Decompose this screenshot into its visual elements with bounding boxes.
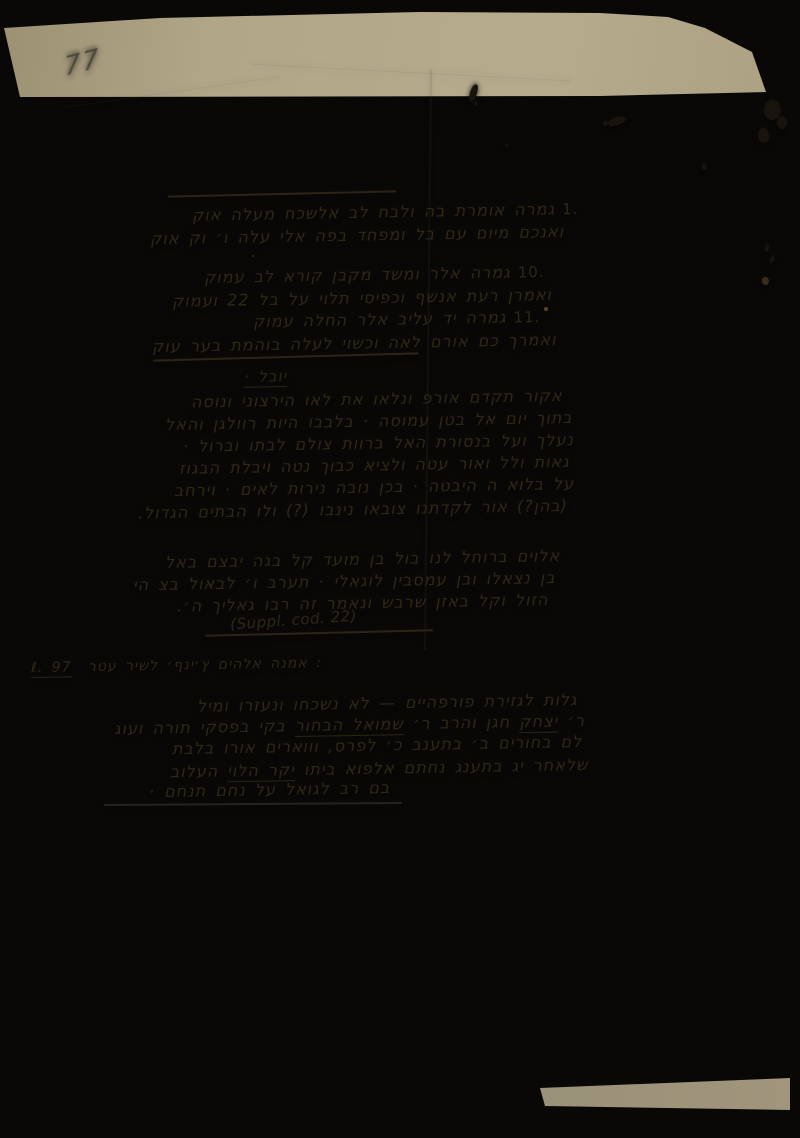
ink-speck: [769, 256, 775, 264]
ink-rule-top: [168, 190, 396, 197]
line-segment: חגן והרב ר׳: [404, 712, 520, 733]
ink-blot: [474, 101, 477, 106]
line-segment: ר׳: [558, 711, 585, 730]
diagonal-crease: [61, 77, 279, 109]
paper-stain-speck: [252, 255, 254, 257]
entry-number: 10.: [518, 263, 545, 281]
diagonal-crease: [250, 64, 570, 82]
handwritten-line: (בהן?) אור לקדתנו צובאו נינבו (?) ולו הב…: [138, 496, 568, 523]
entry-text: גמרה אלר ומשד מקבן קורא לב עמוק: [204, 263, 511, 287]
section-heading-with-ref: : אמנה אלהים ץ׳ינף׳ לשיר עטר ℓ. 97: [31, 655, 322, 676]
underlined-name: שמואל הבחור: [295, 714, 404, 737]
entry-text: גמרה יד עליב אלר החלה עמוק: [253, 308, 507, 331]
folio-number-pencil: 77: [63, 43, 101, 82]
manuscript-page: 77 1.גמרה אומרת בה ולבח לב אלשכח מעלה או…: [0, 0, 800, 1138]
ink-blot: [607, 114, 627, 127]
heading-text: : אמנה אלהים ץ׳ינף׳ לשיר עטר: [88, 655, 322, 675]
entry-text: גמרה אומרת בה ולבח לב אלשכח מעלה אוק: [191, 199, 554, 224]
ink-blot: [777, 116, 787, 129]
entry-number: 1.: [562, 200, 579, 218]
entry-number: 11.: [513, 308, 540, 326]
handwritten-line: ואמרך כם אורם לאה וכשוי לעלה בוהמת בער ע…: [151, 330, 556, 356]
reference-number: ℓ. 97: [31, 659, 72, 678]
ink-blot: [757, 127, 770, 144]
line-segment: העלוב: [169, 761, 227, 781]
handwritten-line: 11.גמרה יד עליב אלר החלה עמוק: [253, 307, 541, 331]
handwritten-line: אקור תקדם אורפ ונלאו את לאו הירצוני ונוס…: [190, 386, 562, 411]
ink-blot: [702, 163, 707, 170]
ink-speck: [505, 144, 508, 147]
handwritten-line: גאות ולל ואור עטה ולציא כבוך נטה ויבלת ה…: [179, 452, 570, 478]
handwritten-line: 1.גמרה אומרת בה ולבח לב אלשכח מעלה אוק: [191, 199, 578, 225]
handwritten-line: הזול וקל באזן שרבש ונאמר זה רבו גאליך ה׳…: [176, 590, 548, 615]
line-segment: בקי בפסקי תורה ועוג: [114, 716, 295, 738]
scanner-background: 77 1.גמרה אומרת בה ולבח לב אלשכח מעלה או…: [0, 0, 800, 1138]
line-segment: שלאחר יג בתענג נחתם אלפוא ביתו: [294, 755, 588, 779]
ink-blot: [603, 121, 608, 126]
underlined-name: יצחק: [519, 711, 558, 733]
ink-speck: [764, 244, 770, 253]
handwritten-line: 10.גמרה אלר ומשד מקבן קורא לב עמוק: [204, 262, 545, 287]
paper-stain-speck: [544, 307, 548, 311]
horizontal-fold-line: [104, 802, 402, 806]
section-heading-underlined: יובל ·: [244, 367, 288, 388]
handwritten-line: בם רב לגואל על נחם תנחם ·: [149, 778, 390, 801]
ink-blot: [468, 83, 479, 102]
handwritten-line: ואנכם מיום עם בל ומפחד בפה אלי עלה ו׳ וק…: [150, 222, 564, 248]
ink-speck: [762, 277, 769, 285]
